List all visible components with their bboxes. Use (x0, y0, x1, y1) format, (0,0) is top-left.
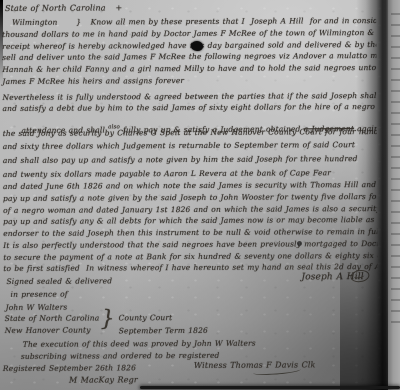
scanned-deed-page: State of North Carolina + Wilmington } K… (0, 0, 400, 390)
deed-line: and twenty six dollars made payable to A… (3, 168, 331, 179)
deed-line: of a negro woman and dated January 1st 1… (3, 204, 378, 215)
deed-line: thousand dollars to me in hand paid by D… (2, 27, 378, 39)
court-block-brace: } (101, 306, 115, 331)
probate-line: subscribing witness and ordered to be re… (21, 351, 220, 361)
witness-name: John W Walters (6, 303, 68, 312)
page-edge-shadow-top-left (0, 0, 3, 85)
deed-line: Hannah & her child Fanny and a girl name… (2, 63, 378, 74)
deed-line: and satisfy a debt due by him to the sai… (3, 102, 378, 113)
deed-line: to secure the payment of a note at Bank … (3, 251, 378, 262)
deed-line: sell and deliver unto the said James F M… (2, 51, 378, 62)
witness-intro: in presence of (10, 290, 67, 299)
document-heading: State of North Carolina + (5, 3, 122, 13)
court-block-county: New Hanover County (5, 326, 91, 335)
court-block-term: September Term 1826 (119, 326, 208, 335)
deed-line: James F McRee his heirs and assigns fore… (2, 76, 184, 86)
probate-line: The execution of this deed was proved by… (23, 339, 256, 349)
deed-line: It is also perfectly understood that the… (3, 239, 378, 250)
deed-line: pay up and satisfy a note given by the s… (3, 192, 378, 203)
deed-line-witness-clause: to be first satisfied In witness whereof… (3, 262, 378, 273)
deed-line-nevertheless: Nevertheless it is fully understood & ag… (2, 91, 378, 102)
deed-line: and shall also pay up and satisfy a note… (3, 154, 358, 165)
deed-line: and sixty three dollars which Judgement … (3, 140, 355, 151)
registrar-signature: M MacKay Regr (69, 375, 138, 384)
deed-line: pay up and satisfy any & all debts for w… (3, 215, 378, 226)
court-block-state: State of North Carolina (5, 313, 100, 322)
court-block-court: County Court (119, 313, 173, 322)
deed-line-opening: Wilmington } Know all men by these prese… (12, 16, 378, 27)
deed-line: and dated June 6th 1826 and on which not… (3, 180, 378, 191)
deed-line: endorser to the said Joseph then this in… (3, 227, 378, 238)
signature-flourish (253, 366, 301, 376)
registration-date: Registered September 26th 1826 (3, 363, 136, 373)
deed-text-area: State of North Carolina + Wilmington } K… (0, 0, 378, 390)
ink-spot (297, 241, 302, 246)
facing-page-text-fragments (391, 10, 400, 330)
ink-blot (191, 41, 203, 51)
signed-sealed-caption: Signed sealed & delivered (6, 276, 112, 286)
facing-page-edge (388, 0, 400, 390)
page-bottom-edge-line (140, 386, 400, 389)
